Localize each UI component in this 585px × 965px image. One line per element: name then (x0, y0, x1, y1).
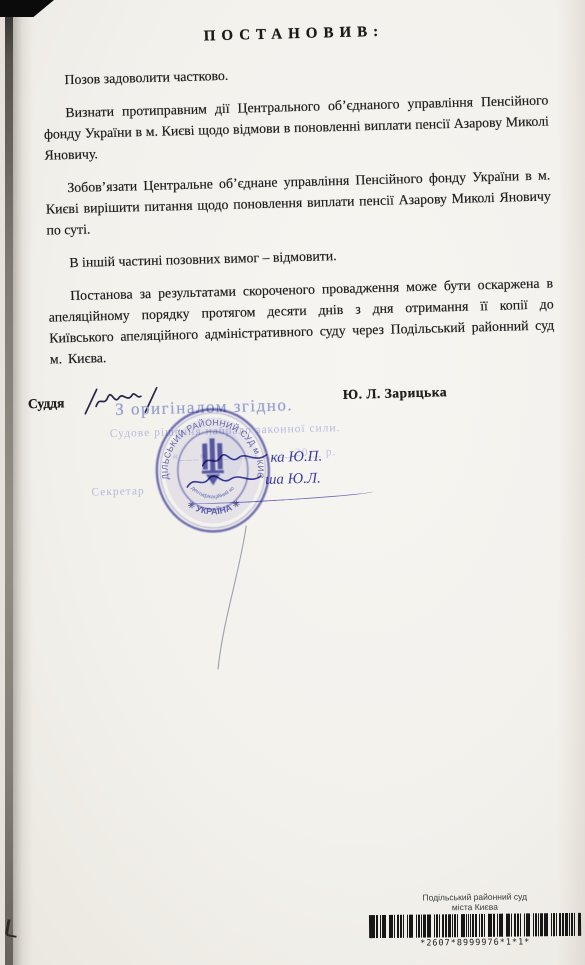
ruling-paragraph-2: Визнати протиправним дії Центрального об… (43, 89, 549, 165)
ruling-paragraph-1: Позов задоволити частково. (42, 56, 547, 90)
judge-label: Суддя (28, 395, 65, 412)
barcode (369, 913, 581, 938)
ruling-paragraph-3: Зобов’язати Центральне об’єднане управлі… (45, 164, 551, 240)
ruling-paragraph-4: В іншій частині позовних вимог – відмови… (47, 239, 552, 273)
ruling-paragraph-5: Постанова за результатами скороченого пр… (48, 272, 555, 369)
barcode-code-text: *2607*8999976*1*1* (368, 937, 582, 949)
secretary-stamp-label: Секретар (91, 485, 145, 498)
judge-name: Ю. Л. Зарицька (343, 384, 448, 403)
barcode-court-name-line2: міста Києва (368, 901, 582, 913)
stamp-zone: З оригіналом згідно. Судове рішення набр… (51, 402, 563, 675)
page-sheet: ПОСТАНОВИВ: Позов задоволити частково. В… (0, 0, 585, 965)
barcode-block: Подільський районний суд міста Києва *26… (368, 891, 583, 949)
document-body: ПОСТАНОВИВ: Позов задоволити частково. В… (0, 0, 585, 677)
pen-crease-line (204, 522, 258, 673)
ruling-heading: ПОСТАНОВИВ: (41, 20, 546, 50)
